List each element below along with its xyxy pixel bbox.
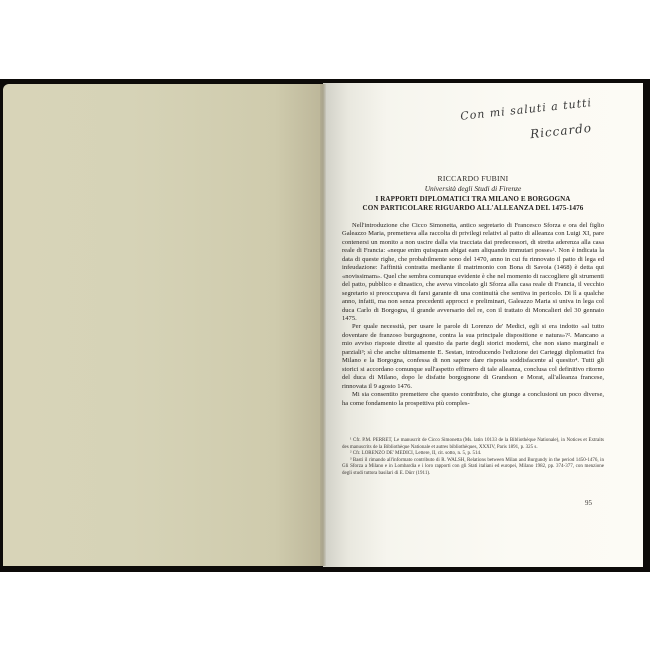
footnote: ¹ Cfr. P.M. PERRET, Le manuscrit de Cicc… xyxy=(342,438,604,451)
footnote: ³ Basti il rimando all'informato contrib… xyxy=(342,458,604,478)
page-number: 95 xyxy=(585,499,592,507)
author-name: RICCARDO FUBINI xyxy=(342,174,604,183)
body-paragraph: Mi sia consentito premettere che questo … xyxy=(342,391,604,408)
book-gutter xyxy=(320,84,326,566)
footnote: ² Cfr. LORENZO DE' MEDICI, Lettere, II, … xyxy=(342,451,604,458)
footnotes: ¹ Cfr. P.M. PERRET, Le manuscrit de Cicc… xyxy=(342,438,604,478)
body-paragraph: Nell'introduzione che Cicco Simonetta, a… xyxy=(342,222,604,323)
article-title: I RAPPORTI DIPLOMATICI TRA MILANO E BORG… xyxy=(342,195,604,213)
left-page-blank xyxy=(3,84,323,566)
title-line-2: CON PARTICOLARE RIGUARDO ALL'ALLEANZA DE… xyxy=(342,204,604,213)
article-body: Nell'introduzione che Cicco Simonetta, a… xyxy=(342,222,604,408)
author-affiliation: Università degli Studi di Firenze xyxy=(342,184,604,193)
title-line-1: I RAPPORTI DIPLOMATICI TRA MILANO E BORG… xyxy=(342,195,604,204)
body-paragraph: Per quale necessità, per usare le parole… xyxy=(342,323,604,391)
